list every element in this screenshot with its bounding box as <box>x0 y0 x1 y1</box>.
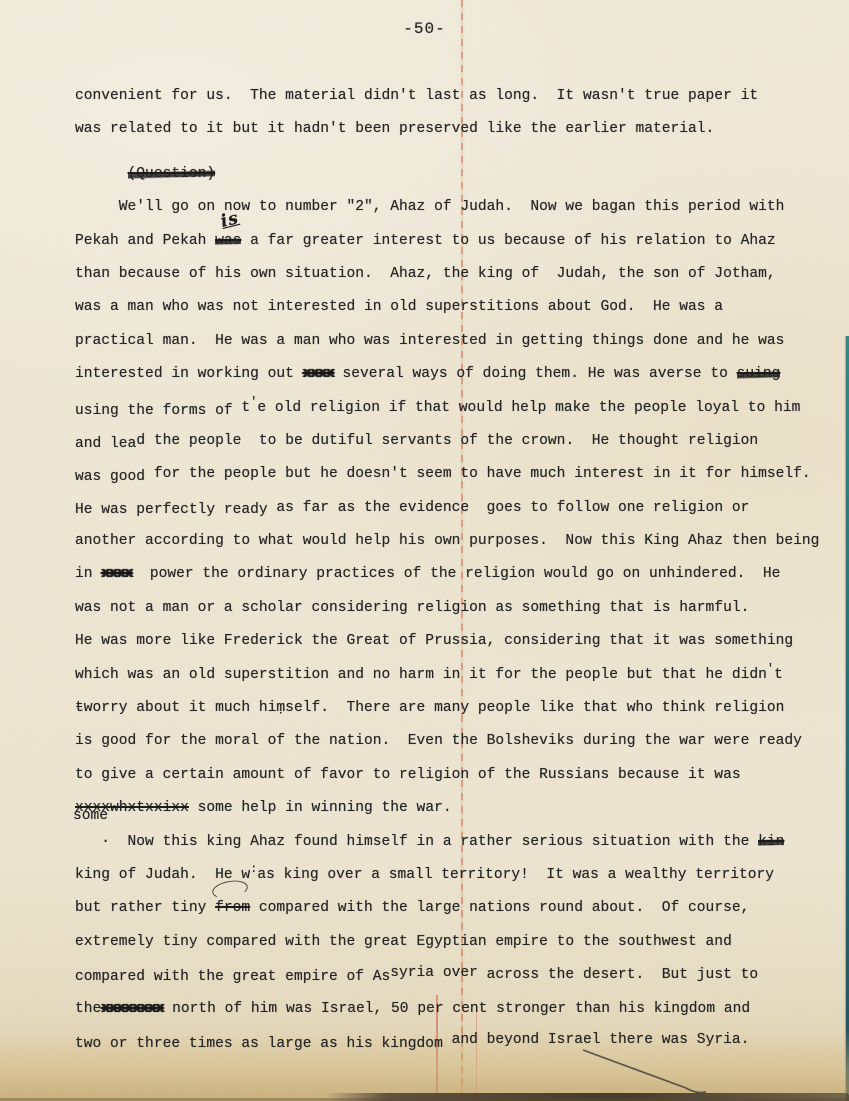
typed-text: was good <box>75 461 145 494</box>
overtyped-text-below: some <box>73 800 108 833</box>
text-line: another according to what would help his… <box>75 525 823 558</box>
typed-text: in <box>75 558 101 591</box>
typed-text: a far greater interest to us because of … <box>241 225 775 258</box>
typed-text: t <box>774 659 783 692</box>
text-line: · Now this king Ahaz found himself in a … <box>75 826 823 859</box>
typed-text: interested in working out <box>75 358 303 391</box>
typed-text: power the ordinary practices of the reli… <box>132 558 780 591</box>
struck-out-text: suing <box>737 358 781 391</box>
text-line: extremely tiny compared with the great E… <box>75 926 823 959</box>
typed-text: and lea <box>75 428 136 461</box>
typed-text: another according to what would help his… <box>75 525 819 558</box>
typed-text: the <box>75 993 101 1026</box>
text-line: He was more like Frederick the Great of … <box>75 625 823 658</box>
typed-text: to give a certain amount of favor to rel… <box>75 759 741 792</box>
typed-text: ' <box>767 653 774 686</box>
text-line: compared with the great empire of Assyri… <box>75 959 823 992</box>
typed-text: north of him was Israel, 50 per cent str… <box>163 993 750 1026</box>
text-line: thexxxxxxxx north of him was Israel, 50 … <box>75 993 823 1026</box>
typed-text: using the forms of <box>75 395 241 428</box>
text-line: was related to it but it hadn't been pre… <box>75 113 823 146</box>
typed-text: for the people but he doesn't seem to ha… <box>145 458 811 491</box>
typed-text: We'll go on now to number "2", Ahaz of J… <box>75 191 784 224</box>
page-number: -50- <box>0 20 849 38</box>
text-line: convenient for us. The material didn't l… <box>75 80 823 113</box>
text-line: is good for the moral of the nation. Eve… <box>75 725 823 758</box>
typed-text: compared with the great empire of As <box>75 961 390 994</box>
typed-text: as king over a small territory! It was a… <box>257 859 774 892</box>
typed-text: extremely tiny compared with the great E… <box>75 926 732 959</box>
text-line: xxxxwhxtxxixxsome some help in winning t… <box>75 792 823 825</box>
typed-text: than because of his own situation. Ahaz,… <box>75 258 776 291</box>
typed-text: practical man. He was a man who was inte… <box>75 325 784 358</box>
typed-text: some help in winning the war. <box>189 792 452 825</box>
text-line: (Question) <box>75 158 823 191</box>
text-line: ŧworry about it much hiṃself. There are … <box>75 692 823 725</box>
typed-text: convenient for us. The material didn't l… <box>75 80 758 113</box>
typed-text <box>75 158 128 191</box>
typed-text: syria over <box>390 957 478 990</box>
text-line: and lead the people to be dutiful servan… <box>75 425 823 458</box>
right-edge-teal-strip <box>846 336 849 1101</box>
typed-text: ' <box>250 386 257 419</box>
typed-text: as far as the evidence goes to follow on… <box>268 492 750 525</box>
typed-text: but rather tiny <box>75 892 215 925</box>
typed-text: Pekah and Pekah <box>75 225 215 258</box>
text-line: two or three times as large as his kingd… <box>75 1026 823 1059</box>
typed-text: · Now this king Ahaz found himself in a … <box>75 826 758 859</box>
text-line: was not a man or a scholar considering r… <box>75 592 823 625</box>
text-line: was a man who was not interested in old … <box>75 291 823 324</box>
typed-text: across the desert. But just to <box>478 959 758 992</box>
text-line: in xxxx power the ordinary practices of … <box>75 558 823 591</box>
typed-text: d the people to be dutiful servants of t… <box>136 425 758 458</box>
typed-text: He was more like Frederick the Great of … <box>75 625 793 658</box>
struck-out-text: from <box>215 892 250 925</box>
text-line: was good for the people but he doesn't s… <box>75 458 823 491</box>
typed-text: is good for the moral of the nation. Eve… <box>75 725 802 758</box>
text-line: We'll go on now to number "2", Ahaz of J… <box>75 191 823 224</box>
text-line: king of Judah. He w:as king over a small… <box>75 859 823 892</box>
struck-out-text: xxxxxxxx <box>101 993 163 1026</box>
struck-out-text: xxxx <box>101 558 132 591</box>
text-line: interested in working out xxxx several w… <box>75 358 823 391</box>
typed-text: two or three times as large as his kingd… <box>75 1028 452 1061</box>
typed-text: ŧworry about it much hiṃself. There are … <box>75 692 784 725</box>
struck-out-text: wasis <box>215 225 241 258</box>
struck-out-text: (Question) <box>128 158 216 191</box>
text-line: but rather tiny from compared with the l… <box>75 892 823 925</box>
typed-text: and beyond Israel there was Syria. <box>452 1024 750 1057</box>
typed-text: He was perfectly ready <box>75 494 268 527</box>
text-line: which was an old superstition and no har… <box>75 659 823 692</box>
typed-text: was not a man or a scholar considering r… <box>75 592 749 625</box>
typed-text: : <box>250 853 257 886</box>
struck-out-text: xxxxwhxtxxixxsome <box>75 792 189 825</box>
typed-text: was a man who was not interested in old … <box>75 291 723 324</box>
struck-out-text: xxxx <box>303 358 334 391</box>
text-line: practical man. He was a man who was inte… <box>75 325 823 358</box>
struck-out-text: kin <box>758 826 784 859</box>
typed-text: compared with the large nations round ab… <box>250 892 749 925</box>
text-line: Pekah and Pekah wasis a far greater inte… <box>75 225 823 258</box>
typewritten-manuscript-page: -50- convenient for us. The material did… <box>0 0 849 1101</box>
typed-text: which was an old superstition and no har… <box>75 659 767 692</box>
typed-text: t <box>241 392 250 425</box>
text-line: to give a certain amount of favor to rel… <box>75 759 823 792</box>
typed-text: e old religion if that would help make t… <box>257 392 800 425</box>
text-line: using the forms of t'e old religion if t… <box>75 392 823 425</box>
text-line: than because of his own situation. Ahaz,… <box>75 258 823 291</box>
typed-text: several ways of doing them. He was avers… <box>334 358 737 391</box>
document-body-text: convenient for us. The material didn't l… <box>75 80 823 1059</box>
text-line: He was perfectly ready as far as the evi… <box>75 492 823 525</box>
typed-text: was related to it but it hadn't been pre… <box>75 113 714 146</box>
